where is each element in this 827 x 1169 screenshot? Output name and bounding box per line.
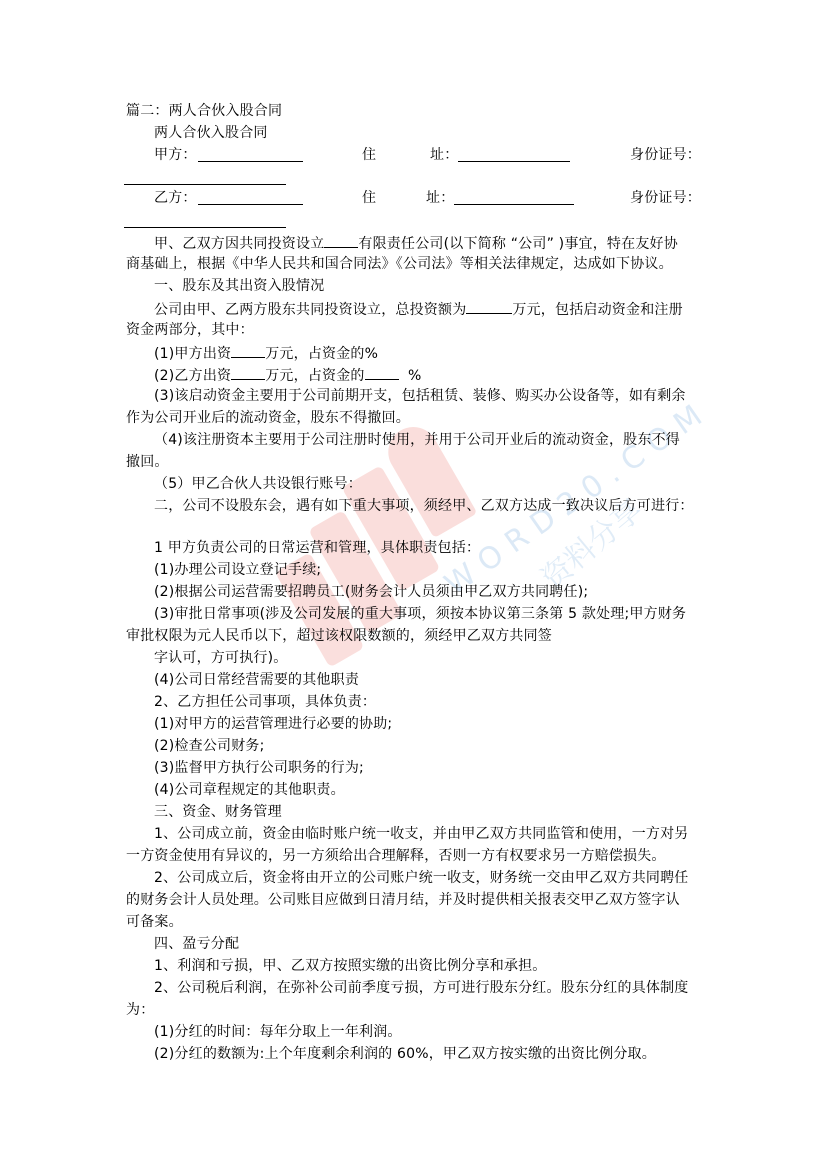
paragraph-line: (1)办理公司设立登记手续; — [154, 562, 321, 578]
paragraph-line: 甲、乙双方因共同投资设立有限责任公司(以下简称 “公司” )事宜，特在友好协 — [154, 234, 678, 252]
paragraph-line: (3)该启动资金主要用于公司前期开支，包括租赁、装修、购买办公设备等，如有剩余 — [154, 388, 686, 404]
paragraph-line: (4)公司日常经营需要的其他职责 — [154, 672, 359, 688]
total-investment-blank[interactable] — [466, 300, 512, 314]
section-heading-3: 三、资金、财务管理 — [154, 804, 282, 820]
paragraph-line: 1、公司成立前，资金由临时账户统一收支，并由甲乙双方共同监管和使用，一方对另 — [154, 826, 689, 842]
party-a-label: 甲方： — [154, 147, 197, 163]
paragraph-line: 资金两部分，其中： — [126, 322, 254, 338]
paragraph-line: 为： — [126, 1002, 154, 1018]
party-a-address-blank[interactable] — [458, 161, 570, 162]
paragraph-line: （4)该注册资本主要用于公司注册时使用，并用于公司开业后的流动资金，股东不得 — [154, 432, 680, 448]
paragraph-line: 字认可，方可执行)。 — [154, 650, 287, 666]
paragraph-line: (1)分红的时间：每年分取上一年利润。 — [154, 1024, 402, 1040]
paragraph-line: 二，公司不设股东会，遇有如下重大事项，须经甲、乙双方达成一致决议后方可进行： — [154, 498, 694, 514]
paragraph-line: (3)监督甲方执行公司职务的行为; — [154, 760, 364, 776]
section-heading: 篇二：两人合伙入股合同 — [126, 103, 282, 119]
party-a-address-label-2: 址： — [430, 147, 458, 163]
paragraph-line: (2)乙方出资万元，占资金的 % — [154, 366, 421, 384]
paragraph-line: 撤回。 — [126, 454, 169, 470]
party-a-name-blank[interactable] — [198, 161, 303, 162]
party-a-capital-blank[interactable] — [231, 344, 265, 358]
paragraph-line: 2、乙方担任公司事项，具体负责： — [154, 694, 376, 710]
section-heading-4: 四、盈亏分配 — [154, 936, 239, 952]
paragraph-line: 一方资金使用有异议的，另一方须给出合理解释，否则一方有权要求另一方赔偿损失。 — [126, 848, 666, 864]
paragraph-line: 审批权限为元人民币以下，超过该权限数额的，须经甲乙双方共同签 — [126, 628, 552, 644]
party-b-address-blank[interactable] — [454, 204, 574, 205]
party-b-name-blank[interactable] — [198, 204, 303, 205]
paragraph-line: (1)甲方出资万元，占资金的% — [154, 344, 378, 362]
contract-title: 两人合伙入股合同 — [154, 125, 268, 141]
paragraph-line: (2)检查公司财务; — [154, 738, 265, 754]
party-a-id-blank[interactable] — [124, 184, 286, 185]
paragraph-line: 1 甲方负责公司的日常运营和管理，具体职责包括： — [154, 540, 480, 556]
party-a-id-label: 身份证号： — [630, 147, 701, 163]
paragraph-line: (1)对甲方的运营管理进行必要的协助; — [154, 716, 392, 732]
paragraph-line: (4)公司章程规定的其他职责。 — [154, 782, 345, 798]
paragraph-line: 可备案。 — [126, 914, 183, 930]
party-a-address-label-1: 住 — [362, 147, 376, 163]
paragraph-line: (2)分红的数额为:上个年度剩余利润的 60%，甲乙双方按实缴的出资比例分取。 — [154, 1046, 656, 1062]
party-b-address-label-1: 住 — [362, 190, 376, 206]
paragraph-line: 商基础上，根据《中华人民共和国合同法》《公司法》等相关法律规定，达成如下协议。 — [126, 256, 673, 272]
paragraph-line: 2、公司成立后，资金将由开立的公司账户统一收支，财务统一交由甲乙双方共同聘任 — [154, 870, 689, 886]
document-page: WORD20.COM 资料分享 篇二：两人合伙入股合同 两人合伙入股合同 甲方：… — [0, 0, 827, 1169]
paragraph-line: （5）甲乙合伙人共设银行账号： — [154, 476, 362, 492]
party-b-capital-blank[interactable] — [231, 366, 265, 380]
party-b-address-label-2: 址： — [426, 190, 454, 206]
company-name-blank[interactable] — [324, 234, 358, 248]
paragraph-line: 的财务会计人员处理。公司账目应做到日清月结，并及时提供相关报表交甲乙双方签字认 — [126, 892, 680, 908]
paragraph-line: 1、利润和亏损，甲、乙双方按照实缴的出资比例分享和承担。 — [154, 958, 547, 974]
section-heading-1: 一、股东及其出资入股情况 — [154, 278, 324, 294]
paragraph-line: 2、公司税后利润，在弥补公司前季度亏损，方可进行股东分红。股东分红的具体制度 — [154, 980, 689, 996]
paragraph-line: 公司由甲、乙两方股东共同投资设立，总投资额为万元，包括启动资金和注册 — [154, 300, 683, 318]
paragraph-line: (3)审批日常事项(涉及公司发展的重大事项，须按本协议第三条第 5 款处理;甲方… — [154, 606, 686, 622]
party-b-id-label: 身份证号： — [630, 190, 701, 206]
party-b-id-blank[interactable] — [124, 227, 286, 228]
paragraph-line: 作为公司开业后的流动资金，股东不得撤回。 — [126, 410, 410, 426]
paragraph-line: (2)根据公司运营需要招聘员工(财务会计人员须由甲乙双方共同聘任); — [154, 584, 588, 600]
party-b-label: 乙方： — [154, 190, 197, 206]
party-b-percent-blank[interactable] — [365, 366, 399, 380]
